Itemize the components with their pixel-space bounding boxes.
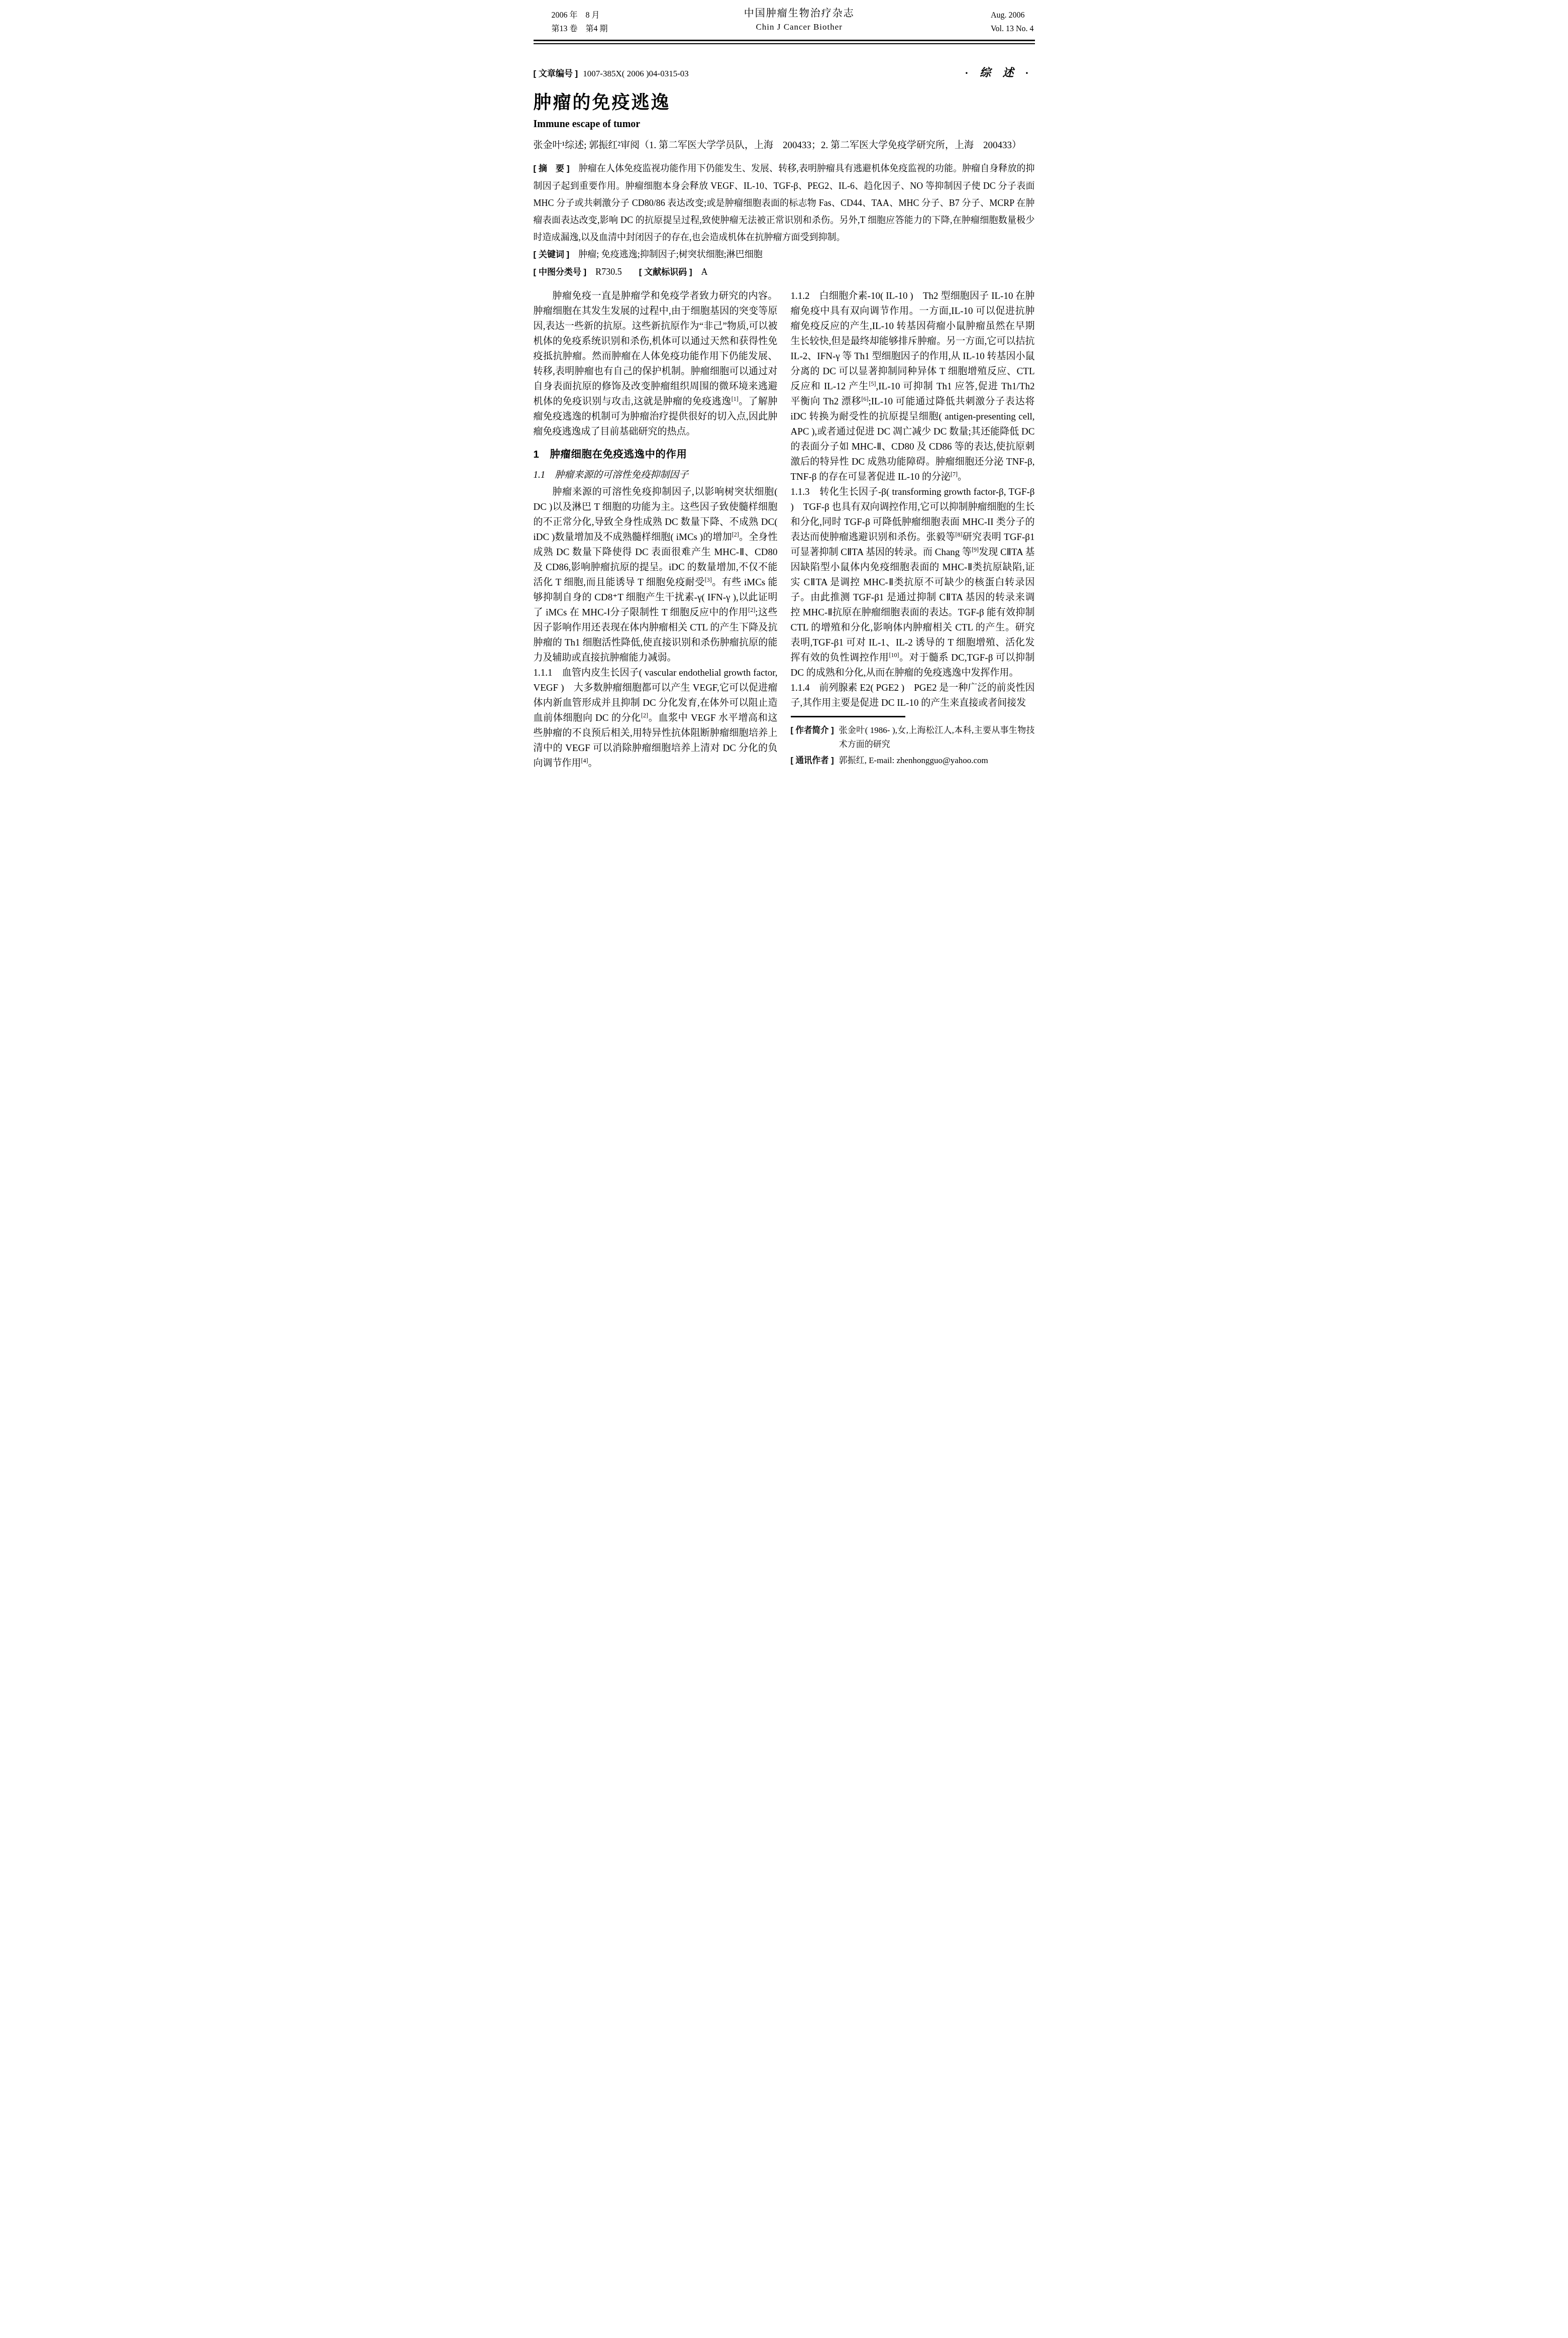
right-column-body: 1.1.2 白细胞介素-10( IL-10 ) Th2 型细胞因子 IL-10 … bbox=[791, 289, 1035, 711]
reference-superscript: [9] bbox=[972, 546, 979, 553]
masthead-center: 中国肿瘤生物治疗杂志 Chin J Cancer Biother bbox=[744, 7, 855, 34]
divider-line-thin bbox=[534, 43, 1035, 44]
corresponding-author: [ 通讯作者 ] 郭振红, E-mail: zhenhongguo@yahoo.… bbox=[791, 754, 1035, 768]
classification-row: [ 中图分类号 ] R730.5[ 文献标识码 ] A bbox=[534, 263, 1035, 281]
subsection-heading: 1.1 肿瘤来源的可溶性免疫抑制因子 bbox=[534, 468, 778, 483]
volume-issue-cn: 第13 卷 第4 期 bbox=[552, 22, 608, 36]
issue-date-cn: 2006 年 8 月 bbox=[552, 9, 608, 22]
divider-line-thick bbox=[534, 40, 1035, 41]
article-meta-row: [ 文章编号 ] 1007-385X( 2006 )04-0315-03 · 综… bbox=[534, 64, 1035, 80]
abstract-text: 肿瘤在人体免疫监视功能作用下仍能发生、发展、转移,表明肿瘤具有逃避机体免疫监视的… bbox=[534, 163, 1035, 242]
authors-line: 张金叶¹综述; 郭振红²审阅（1. 第二军医大学学员队，上海 200433；2.… bbox=[534, 138, 1035, 153]
page-title: 肿瘤的免疫逃逸 bbox=[534, 92, 1035, 113]
column-tag-review: · 综 述 · bbox=[965, 64, 1035, 80]
reference-superscript: [8] bbox=[956, 531, 963, 538]
corresponding-author-text: 郭振红, E-mail: zhenhongguo@yahoo.com bbox=[839, 754, 1035, 768]
body-columns: 肿瘤免疫一直是肿瘤学和免疫学者致力研究的内容。肿瘤细胞在其发生发展的过程中,由于… bbox=[534, 289, 1035, 771]
corresponding-author-label: [ 通讯作者 ] bbox=[791, 754, 834, 768]
page-title-en: Immune escape of tumor bbox=[534, 118, 1035, 130]
keywords-text: 肿瘤; 免疫逃逸;抑制因子;树突状细胞;淋巴细胞 bbox=[578, 249, 763, 259]
masthead-left: 2006 年 8 月 第13 卷 第4 期 bbox=[534, 9, 608, 36]
body-paragraph: 肿瘤免疫一直是肿瘤学和免疫学者致力研究的内容。肿瘤细胞在其发生发展的过程中,由于… bbox=[534, 289, 778, 440]
doc-code-label: [ 文献标识码 ] bbox=[639, 267, 692, 277]
masthead: 2006 年 8 月 第13 卷 第4 期 中国肿瘤生物治疗杂志 Chin J … bbox=[534, 7, 1035, 36]
issue-date-en: Aug. 2006 bbox=[991, 9, 1034, 22]
doc-code-value: A bbox=[701, 267, 708, 277]
reference-superscript: [5] bbox=[869, 380, 876, 387]
reference-superscript: [2] bbox=[748, 606, 755, 613]
body-paragraph: 肿瘤来源的可溶性免疫抑制因子,以影响树突状细胞( DC )以及淋巴 T 细胞的功… bbox=[534, 485, 778, 666]
reference-superscript: [1] bbox=[731, 395, 739, 402]
reference-superscript: [6] bbox=[861, 395, 868, 402]
reference-superscript: [7] bbox=[951, 471, 958, 478]
author-bio-label: [ 作者简介 ] bbox=[791, 723, 834, 752]
keywords: [ 关键词 ] 肿瘤; 免疫逃逸;抑制因子;树突状细胞;淋巴细胞 bbox=[534, 246, 1035, 263]
header-divider bbox=[534, 40, 1035, 44]
body-paragraph: 1.1.2 白细胞介素-10( IL-10 ) Th2 型细胞因子 IL-10 … bbox=[791, 289, 1035, 485]
article-number-label: [ 文章编号 ] bbox=[534, 66, 578, 79]
article-number: 1007-385X( 2006 )04-0315-03 bbox=[583, 69, 689, 79]
reference-superscript: [3] bbox=[705, 576, 712, 583]
journal-title-en: Chin J Cancer Biother bbox=[744, 20, 855, 34]
clc-value: R730.5 bbox=[595, 267, 622, 277]
left-column: 肿瘤免疫一直是肿瘤学和免疫学者致力研究的内容。肿瘤细胞在其发生发展的过程中,由于… bbox=[534, 289, 778, 771]
section-heading: 1 肿瘤细胞在免疫逃逸中的作用 bbox=[534, 447, 778, 462]
body-paragraph: 1.1.3 转化生长因子-β( transforming growth fact… bbox=[791, 485, 1035, 681]
reference-superscript: [2] bbox=[732, 531, 739, 538]
reference-superscript: [2] bbox=[641, 712, 648, 719]
author-bio-text: 张金叶( 1986- ),女,上海松江人,本科,主要从事生物技术方面的研究 bbox=[839, 723, 1035, 752]
abstract-label: [ 摘 要 ] bbox=[534, 164, 570, 173]
body-paragraph: 1.1.1 血管内皮生长因子( vascular endothelial gro… bbox=[534, 666, 778, 771]
clc-label: [ 中图分类号 ] bbox=[534, 267, 587, 277]
body-paragraph: 1.1.4 前列腺素 E2( PGE2 ) PGE2 是一种广泛的前炎性因子,其… bbox=[791, 681, 1035, 711]
right-column: 1.1.2 白细胞介素-10( IL-10 ) Th2 型细胞因子 IL-10 … bbox=[791, 289, 1035, 771]
left-column-body: 肿瘤免疫一直是肿瘤学和免疫学者致力研究的内容。肿瘤细胞在其发生发展的过程中,由于… bbox=[534, 289, 778, 771]
abstract: [ 摘 要 ] 肿瘤在人体免疫监视功能作用下仍能发生、发展、转移,表明肿瘤具有逃… bbox=[534, 160, 1035, 246]
front-matter: [ 摘 要 ] 肿瘤在人体免疫监视功能作用下仍能发生、发展、转移,表明肿瘤具有逃… bbox=[534, 160, 1035, 281]
journal-title-cn: 中国肿瘤生物治疗杂志 bbox=[744, 7, 855, 20]
masthead-right: Aug. 2006 Vol. 13 No. 4 bbox=[991, 9, 1035, 36]
journal-page: 2006 年 8 月 第13 卷 第4 期 中国肿瘤生物治疗杂志 Chin J … bbox=[523, 0, 1046, 779]
reference-superscript: [10] bbox=[889, 652, 899, 659]
footnote-block: [ 作者简介 ] 张金叶( 1986- ),女,上海松江人,本科,主要从事生物技… bbox=[791, 716, 1035, 768]
author-bio: [ 作者简介 ] 张金叶( 1986- ),女,上海松江人,本科,主要从事生物技… bbox=[791, 723, 1035, 752]
reference-superscript: [4] bbox=[581, 757, 588, 764]
keywords-label: [ 关键词 ] bbox=[534, 250, 570, 259]
footnote-divider bbox=[791, 716, 905, 717]
volume-issue-en: Vol. 13 No. 4 bbox=[991, 22, 1034, 36]
